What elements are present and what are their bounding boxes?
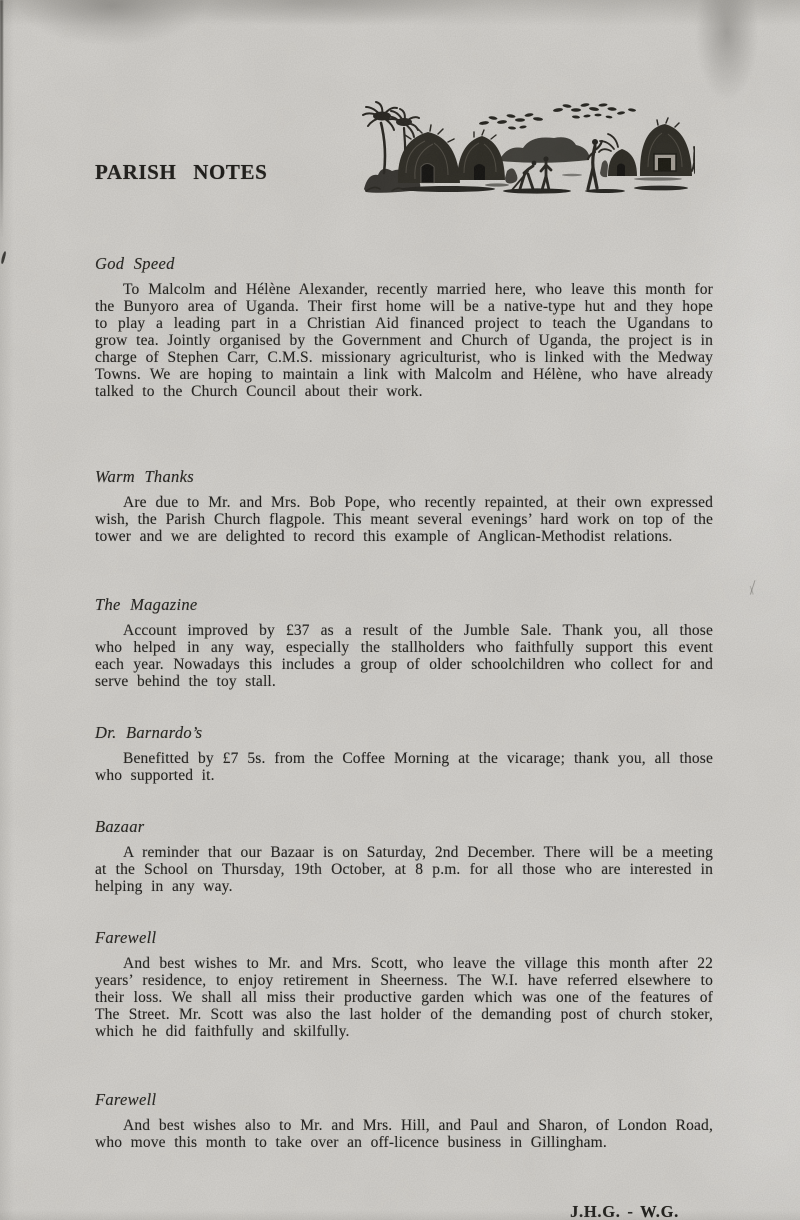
paper-scratch bbox=[750, 580, 762, 597]
section-heading: Farewell bbox=[95, 929, 713, 946]
thatched-hut-icon bbox=[398, 125, 460, 183]
section-heading: The Magazine bbox=[95, 596, 713, 613]
section-farewell-hill: Farewell And best wishes also to Mr. and… bbox=[95, 1091, 713, 1168]
small-hut-icon bbox=[599, 134, 637, 177]
section-body: Are due to Mr. and Mrs. Bob Pope, who re… bbox=[95, 494, 713, 545]
section-warm-thanks: Warm Thanks Are due to Mr. and Mrs. Bob … bbox=[95, 468, 713, 562]
section-body: And best wishes also to Mr. and Mrs. Hil… bbox=[95, 1117, 713, 1151]
section-heading: Farewell bbox=[95, 1091, 713, 1108]
scan-edge-shadow bbox=[0, 0, 3, 238]
section-dr-barnardos: Dr. Barnardo’s Benefitted by £7 5s. from… bbox=[95, 724, 713, 784]
section-the-magazine: The Magazine Account improved by £37 as … bbox=[95, 596, 713, 690]
section-heading: Dr. Barnardo’s bbox=[95, 724, 713, 741]
african-village-scene-icon bbox=[362, 101, 695, 197]
section-farewell-scott: Farewell And best wishes to Mr. and Mrs.… bbox=[95, 929, 713, 1057]
section-body: Account improved by £37 as a result of t… bbox=[95, 622, 713, 690]
section-body: A reminder that our Bazaar is on Saturda… bbox=[95, 844, 713, 895]
ink-speck bbox=[0, 251, 6, 264]
section-god-speed: God Speed To Malcolm and Hélène Alexande… bbox=[95, 255, 713, 434]
large-hut-icon bbox=[640, 118, 695, 176]
section-body: To Malcolm and Hélène Alexander, recentl… bbox=[95, 281, 713, 400]
section-bazaar: Bazaar A reminder that our Bazaar is on … bbox=[95, 818, 713, 895]
section-heading: Warm Thanks bbox=[95, 468, 713, 485]
section-heading: Bazaar bbox=[95, 818, 713, 835]
scanned-parish-magazine-page: PARISH NOTES bbox=[0, 0, 800, 1220]
section-heading: God Speed bbox=[95, 255, 713, 272]
article-body: God Speed To Malcolm and Hélène Alexande… bbox=[95, 255, 713, 1220]
birds-icon bbox=[479, 103, 636, 130]
section-body: And best wishes to Mr. and Mrs. Scott, w… bbox=[95, 955, 713, 1040]
page-title: PARISH NOTES bbox=[95, 161, 267, 183]
signature: J.H.G. - W.G. bbox=[95, 1202, 713, 1220]
section-body: Benefitted by £7 5s. from the Coffee Mor… bbox=[95, 750, 713, 784]
